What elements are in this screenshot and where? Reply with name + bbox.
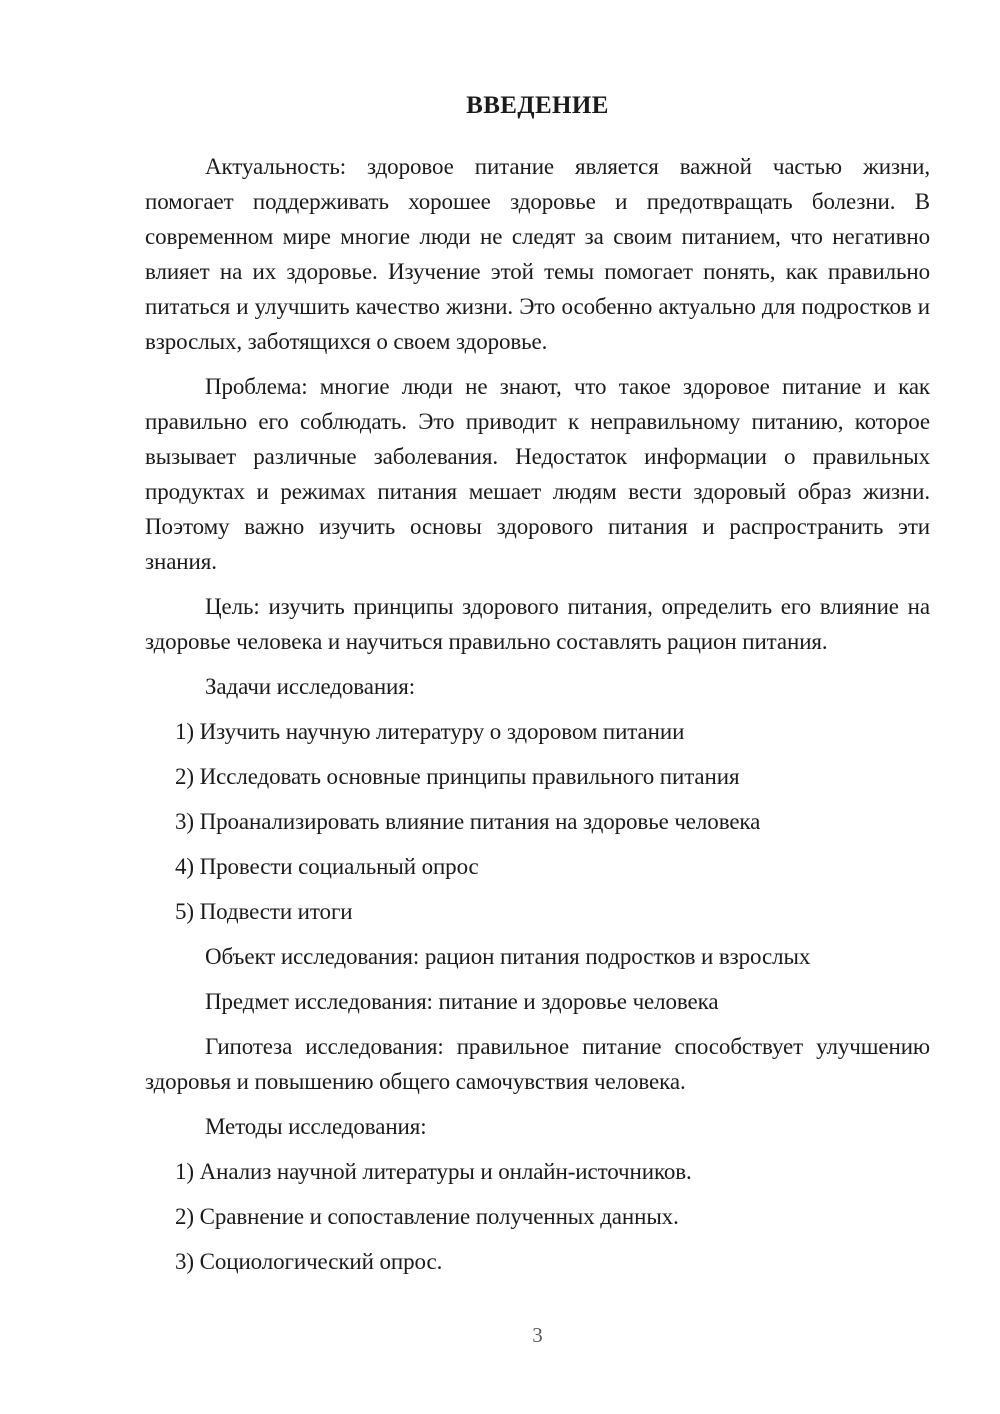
paragraph-relevance: Актуальность: здоровое питание является … [145, 149, 930, 359]
task-item-2: 2) Исследовать основные принципы правиль… [175, 759, 930, 794]
paragraph-hypothesis: Гипотеза исследования: правильное питани… [145, 1029, 930, 1099]
task-item-3: 3) Проанализировать влияние питания на з… [175, 804, 930, 839]
page-number: 3 [145, 1320, 930, 1350]
paragraph-problem: Проблема: многие люди не знают, что тако… [145, 369, 930, 579]
task-item-1: 1) Изучить научную литературу о здоровом… [175, 714, 930, 749]
paragraph-goal: Цель: изучить принципы здорового питания… [145, 589, 930, 659]
method-item-2: 2) Сравнение и сопоставление полученных … [175, 1199, 930, 1234]
method-item-3: 3) Социологический опрос. [175, 1244, 930, 1279]
document-page: ВВЕДЕНИЕ Актуальность: здоровое питание … [0, 0, 1000, 1414]
task-item-5: 5) Подвести итоги [175, 894, 930, 929]
methods-label: Методы исследования: [145, 1109, 930, 1144]
page-title: ВВЕДЕНИЕ [145, 88, 930, 123]
tasks-label: Задачи исследования: [145, 669, 930, 704]
paragraph-object: Объект исследования: рацион питания подр… [145, 939, 930, 974]
method-item-1: 1) Анализ научной литературы и онлайн-ис… [175, 1154, 930, 1189]
paragraph-subject: Предмет исследования: питание и здоровье… [145, 984, 930, 1019]
task-item-4: 4) Провести социальный опрос [175, 849, 930, 884]
